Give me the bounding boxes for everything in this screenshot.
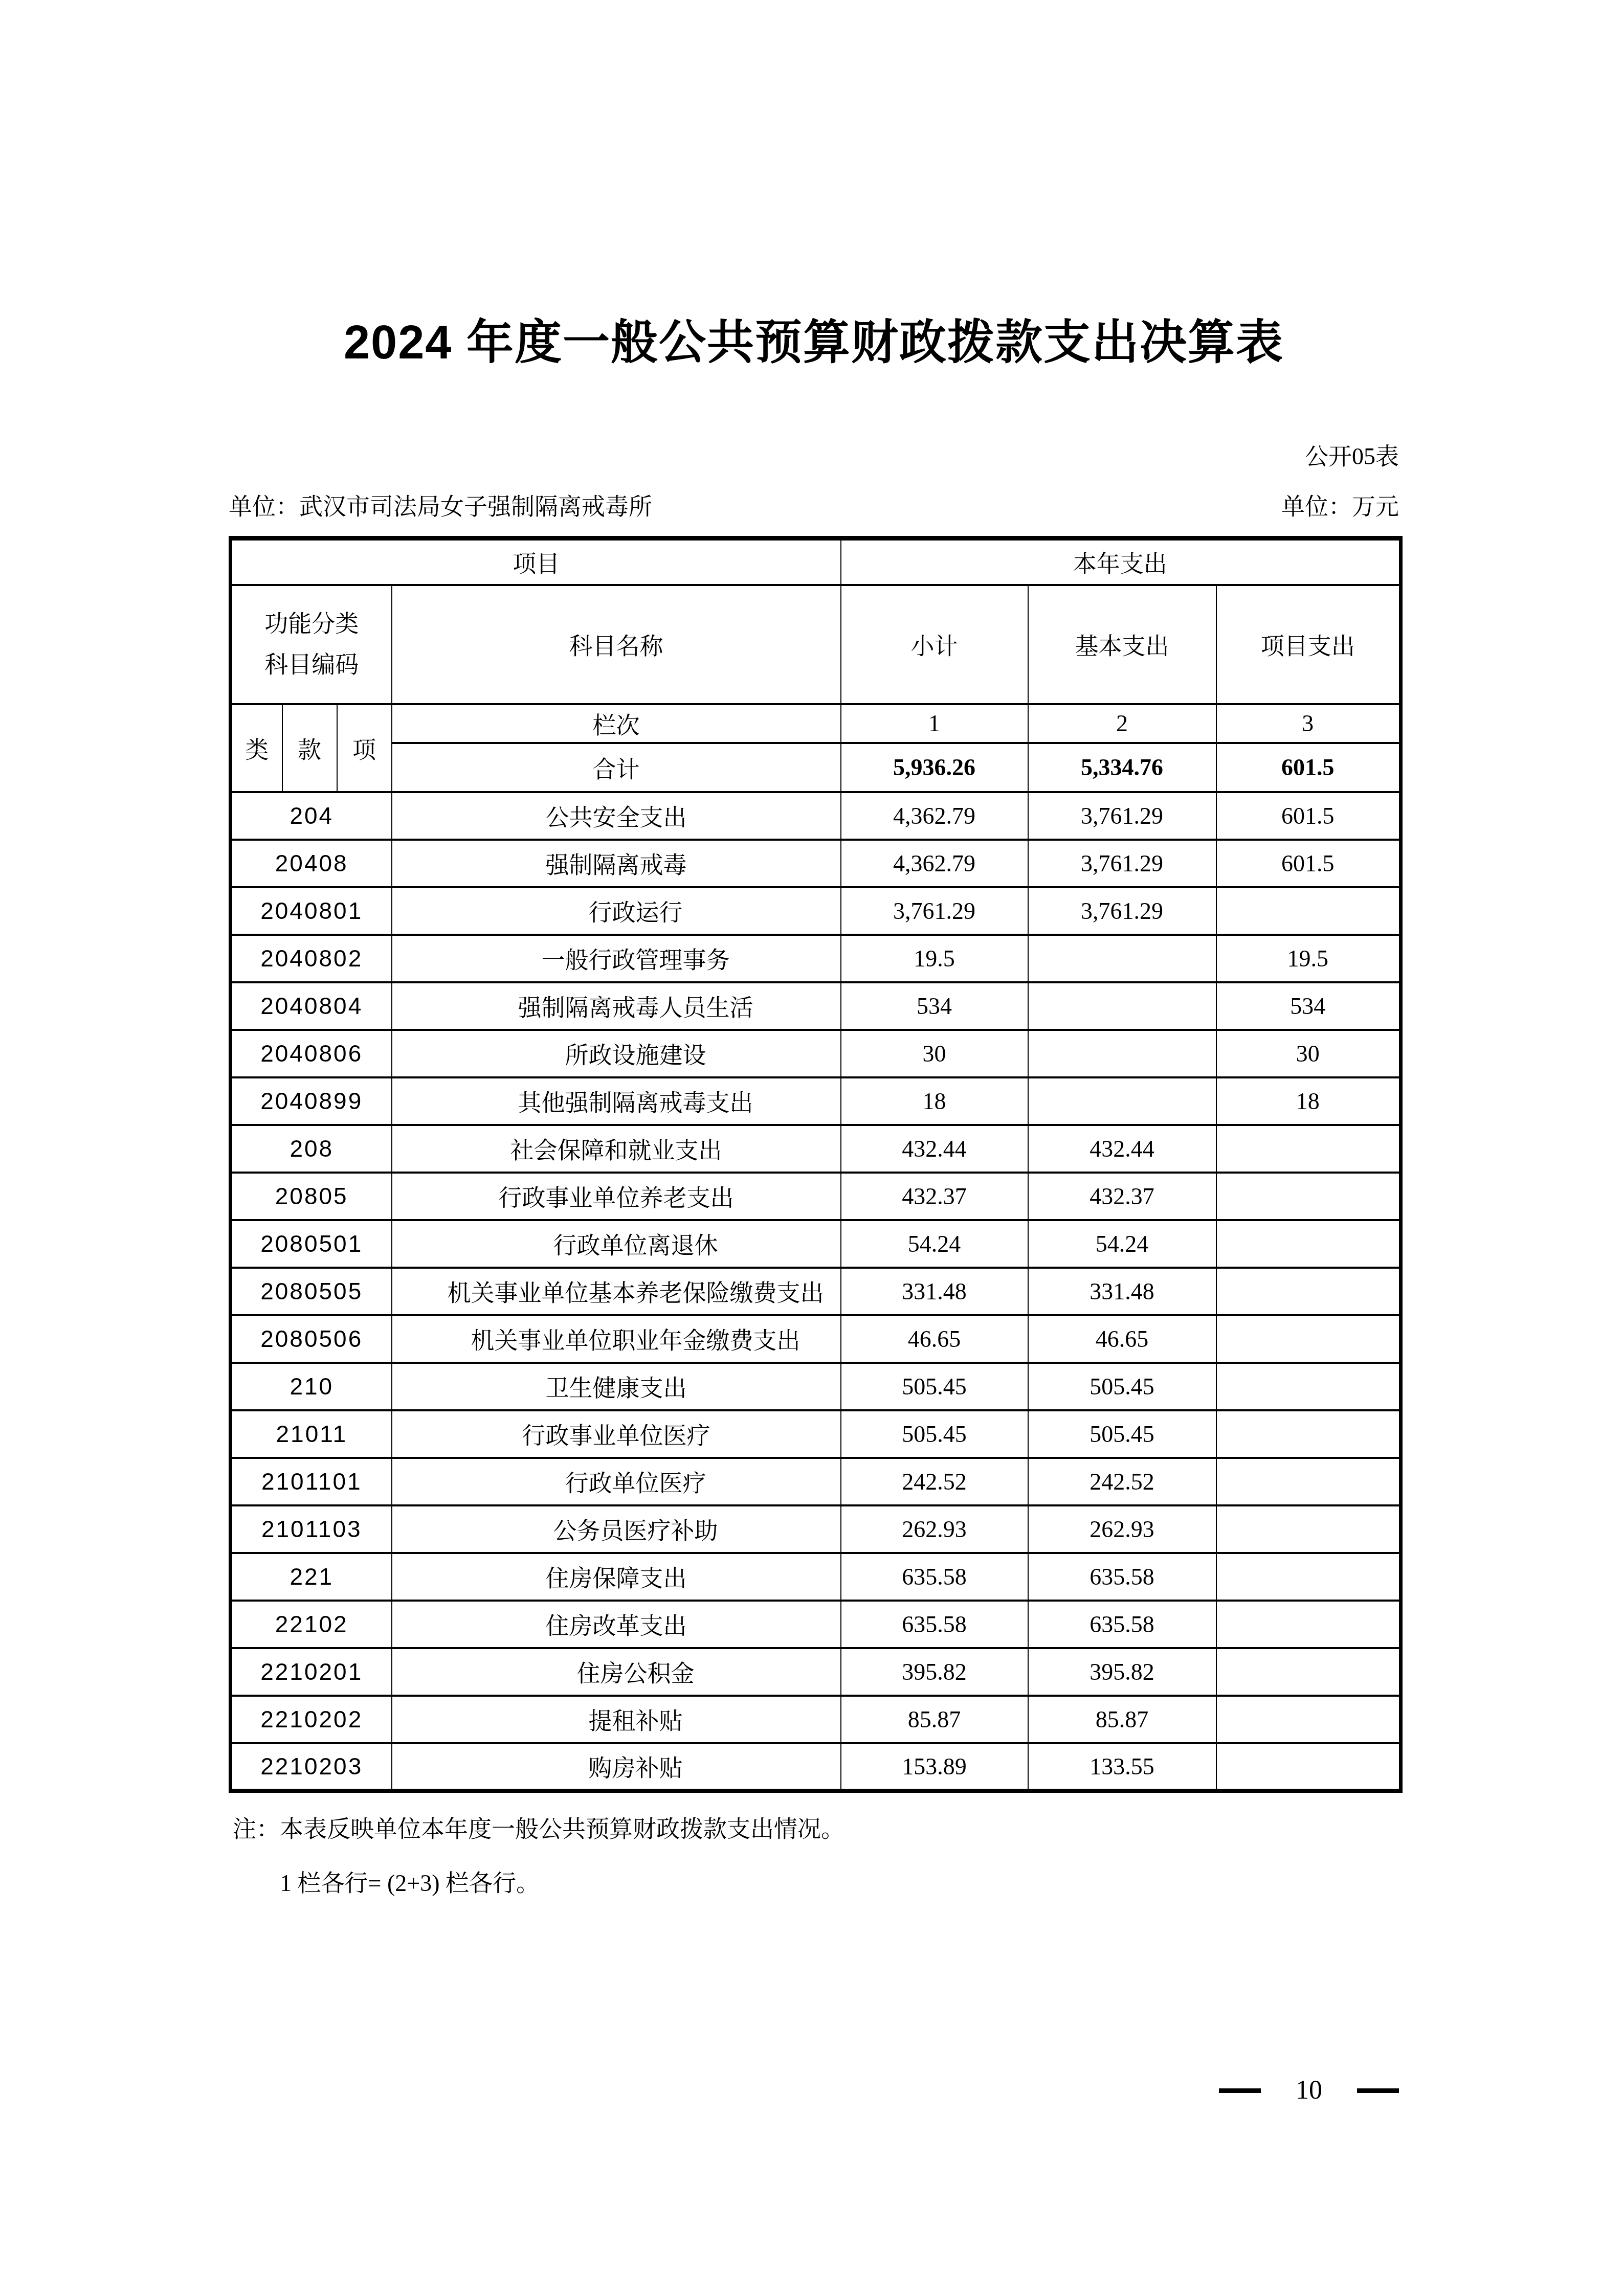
- document-page: 2024 年度一般公共预算财政拨款支出决算表 公开05表 单位：武汉市司法局女子…: [0, 0, 1623, 2296]
- header-section: 款: [282, 704, 337, 792]
- row-subject-name: 机关事业单位职业年金缴费支出: [392, 1315, 841, 1363]
- row-project-expense: [1216, 1363, 1401, 1410]
- row-basic-expense: 635.58: [1028, 1553, 1216, 1601]
- header-row-project: 项目 本年支出: [231, 538, 1401, 585]
- row-subject-name: 行政运行: [392, 887, 841, 935]
- row-code: 2101103: [231, 1505, 392, 1553]
- row-subject-name: 购房补贴: [392, 1743, 841, 1791]
- row-basic-expense: 54.24: [1028, 1220, 1216, 1268]
- row-subject-name: 社会保障和就业支出: [392, 1125, 841, 1173]
- header-subject-name: 科目名称: [392, 585, 841, 704]
- row-code: 22102: [231, 1601, 392, 1648]
- header-project: 项目: [231, 538, 841, 585]
- table-row: 2080501行政单位离退休54.2454.24: [231, 1220, 1401, 1268]
- row-subtotal: 19.5: [841, 935, 1028, 982]
- row-subject-name: 行政单位医疗: [392, 1458, 841, 1505]
- row-subject-name: 机关事业单位基本养老保险缴费支出: [392, 1268, 841, 1315]
- row-project-expense: [1216, 1648, 1401, 1696]
- row-subject-name: 强制隔离戒毒: [392, 840, 841, 887]
- page-title: 2024 年度一般公共预算财政拨款支出决算表: [229, 318, 1399, 368]
- row-code: 2040806: [231, 1030, 392, 1077]
- unit-row: 单位：武汉市司法局女子强制隔离戒毒所 单位：万元: [229, 488, 1399, 522]
- table-row: 208社会保障和就业支出432.44432.44: [231, 1125, 1401, 1173]
- row-code: 2210202: [231, 1696, 392, 1743]
- row-subject-name: 住房公积金: [392, 1648, 841, 1696]
- row-subtotal: 4,362.79: [841, 840, 1028, 887]
- row-basic-expense: 635.58: [1028, 1601, 1216, 1648]
- row-subtotal: 505.45: [841, 1410, 1028, 1458]
- row-basic-expense: 85.87: [1028, 1696, 1216, 1743]
- page-footer: 10: [1219, 2077, 1399, 2104]
- row-subtotal: 331.48: [841, 1268, 1028, 1315]
- table-row: 20408强制隔离戒毒4,362.793,761.29601.5: [231, 840, 1401, 887]
- row-subtotal: 18: [841, 1077, 1028, 1125]
- row-code: 2040802: [231, 935, 392, 982]
- table-row: 2040802一般行政管理事务19.519.5: [231, 935, 1401, 982]
- row-basic-expense: 133.55: [1028, 1743, 1216, 1791]
- row-subtotal: 153.89: [841, 1743, 1028, 1791]
- row-subtotal: 505.45: [841, 1363, 1028, 1410]
- table-row: 21011行政事业单位医疗505.45505.45: [231, 1410, 1401, 1458]
- header-basic-expense: 基本支出: [1028, 585, 1216, 704]
- total-subtotal: 5,936.26: [841, 743, 1028, 792]
- row-code: 221: [231, 1553, 392, 1601]
- row-basic-expense: 432.37: [1028, 1173, 1216, 1220]
- row-basic-expense: 505.45: [1028, 1363, 1216, 1410]
- table-row: 2080505机关事业单位基本养老保险缴费支出331.48331.48: [231, 1268, 1401, 1315]
- table-row: 2210203购房补贴153.89133.55: [231, 1743, 1401, 1791]
- row-subtotal: 635.58: [841, 1553, 1028, 1601]
- row-subtotal: 54.24: [841, 1220, 1028, 1268]
- header-function-code-line1: 功能分类: [264, 611, 359, 637]
- row-basic-expense: 395.82: [1028, 1648, 1216, 1696]
- row-project-expense: [1216, 1505, 1401, 1553]
- row-subtotal: 242.52: [841, 1458, 1028, 1505]
- row-project-expense: 534: [1216, 982, 1401, 1030]
- row-code: 2080501: [231, 1220, 392, 1268]
- row-subject-name: 所政设施建设: [392, 1030, 841, 1077]
- table-row: 221住房保障支出635.58635.58: [231, 1553, 1401, 1601]
- row-code: 2210201: [231, 1648, 392, 1696]
- row-subject-name: 行政单位离退休: [392, 1220, 841, 1268]
- row-code: 2080506: [231, 1315, 392, 1363]
- row-project-expense: 18: [1216, 1077, 1401, 1125]
- row-subject-name: 公务员医疗补助: [392, 1505, 841, 1553]
- table-row: 210卫生健康支出505.45505.45: [231, 1363, 1401, 1410]
- row-project-expense: 19.5: [1216, 935, 1401, 982]
- table-row: 2040806所政设施建设3030: [231, 1030, 1401, 1077]
- row-project-expense: [1216, 1125, 1401, 1173]
- row-basic-expense: 3,761.29: [1028, 840, 1216, 887]
- org-unit-label: 单位：武汉市司法局女子强制隔离戒毒所: [229, 488, 652, 522]
- row-subtotal: 432.37: [841, 1173, 1028, 1220]
- page-number: 10: [1296, 2077, 1322, 2104]
- row-project-expense: 30: [1216, 1030, 1401, 1077]
- row-code: 2210203: [231, 1743, 392, 1791]
- row-project-expense: [1216, 1696, 1401, 1743]
- row-subject-name: 其他强制隔离戒毒支出: [392, 1077, 841, 1125]
- header-year-expense: 本年支出: [841, 538, 1401, 585]
- row-basic-expense: 3,761.29: [1028, 792, 1216, 840]
- row-project-expense: [1216, 1315, 1401, 1363]
- row-code: 21011: [231, 1410, 392, 1458]
- row-project-expense: [1216, 887, 1401, 935]
- table-row: 2210202提租补贴85.8785.87: [231, 1696, 1401, 1743]
- header-row-columns: 类 款 项 栏次 1 2 3: [231, 704, 1401, 743]
- row-basic-expense: [1028, 1030, 1216, 1077]
- total-project-expense: 601.5: [1216, 743, 1401, 792]
- table-row: 2210201住房公积金395.82395.82: [231, 1648, 1401, 1696]
- row-project-expense: 601.5: [1216, 840, 1401, 887]
- row-subject-name: 行政事业单位医疗: [392, 1410, 841, 1458]
- row-subject-name: 提租补贴: [392, 1696, 841, 1743]
- header-function-code: 功能分类 科目编码: [231, 585, 392, 704]
- row-project-expense: [1216, 1601, 1401, 1648]
- header-col-3: 3: [1216, 704, 1401, 743]
- table-row: 2080506机关事业单位职业年金缴费支出46.6546.65: [231, 1315, 1401, 1363]
- currency-unit-label: 单位：万元: [1281, 488, 1399, 522]
- row-subject-name: 公共安全支出: [392, 792, 841, 840]
- row-subtotal: 85.87: [841, 1696, 1028, 1743]
- row-basic-expense: 331.48: [1028, 1268, 1216, 1315]
- row-code: 2080505: [231, 1268, 392, 1315]
- row-subtotal: 534: [841, 982, 1028, 1030]
- note-line-2: 1 栏各行= (2+3) 栏各行。: [280, 1864, 540, 1898]
- header-subtotal: 小计: [841, 585, 1028, 704]
- row-code: 210: [231, 1363, 392, 1410]
- table-row: 2040899其他强制隔离戒毒支出1818: [231, 1077, 1401, 1125]
- header-function-code-line2: 科目编码: [264, 651, 359, 678]
- row-project-expense: [1216, 1743, 1401, 1791]
- row-subtotal: 395.82: [841, 1648, 1028, 1696]
- budget-table: 项目 本年支出 功能分类 科目编码 科目名称 小计 基本支出 项目支出 类 款 …: [229, 536, 1403, 1793]
- row-code: 20805: [231, 1173, 392, 1220]
- row-subject-name: 一般行政管理事务: [392, 935, 841, 982]
- row-subtotal: 635.58: [841, 1601, 1028, 1648]
- row-basic-expense: 46.65: [1028, 1315, 1216, 1363]
- row-subject-name: 行政事业单位养老支出: [392, 1173, 841, 1220]
- row-subtotal: 262.93: [841, 1505, 1028, 1553]
- row-project-expense: 601.5: [1216, 792, 1401, 840]
- header-column-label: 栏次: [392, 704, 841, 743]
- table-row: 2101101行政单位医疗242.52242.52: [231, 1458, 1401, 1505]
- table-body: 项目 本年支出 功能分类 科目编码 科目名称 小计 基本支出 项目支出 类 款 …: [231, 538, 1401, 1791]
- footer-dash-right: [1357, 2088, 1399, 2093]
- row-code: 2040804: [231, 982, 392, 1030]
- row-code: 208: [231, 1125, 392, 1173]
- row-project-expense: [1216, 1410, 1401, 1458]
- row-subtotal: 46.65: [841, 1315, 1028, 1363]
- total-label: 合计: [392, 743, 841, 792]
- table-row: 22102住房改革支出635.58635.58: [231, 1601, 1401, 1648]
- row-subject-name: 住房保障支出: [392, 1553, 841, 1601]
- row-code: 204: [231, 792, 392, 840]
- total-row: 合计 5,936.26 5,334.76 601.5: [231, 743, 1401, 792]
- table-row: 20805行政事业单位养老支出432.37432.37: [231, 1173, 1401, 1220]
- row-project-expense: [1216, 1268, 1401, 1315]
- header-col-2: 2: [1028, 704, 1216, 743]
- row-code: 2040801: [231, 887, 392, 935]
- row-basic-expense: [1028, 1077, 1216, 1125]
- row-code: 20408: [231, 840, 392, 887]
- row-basic-expense: 262.93: [1028, 1505, 1216, 1553]
- row-project-expense: [1216, 1553, 1401, 1601]
- row-code: 2040899: [231, 1077, 392, 1125]
- note-line-1: 注：本表反映单位本年度一般公共预算财政拨款支出情况。: [233, 1810, 844, 1844]
- row-subject-name: 住房改革支出: [392, 1601, 841, 1648]
- row-project-expense: [1216, 1220, 1401, 1268]
- row-basic-expense: 505.45: [1028, 1410, 1216, 1458]
- table-row: 2040804强制隔离戒毒人员生活534534: [231, 982, 1401, 1030]
- table-row: 2040801行政运行3,761.293,761.29: [231, 887, 1401, 935]
- header-item: 项: [337, 704, 392, 792]
- table-row: 2101103公务员医疗补助262.93262.93: [231, 1505, 1401, 1553]
- row-subtotal: 30: [841, 1030, 1028, 1077]
- table-code-label: 公开05表: [1305, 438, 1399, 471]
- row-basic-expense: 242.52: [1028, 1458, 1216, 1505]
- header-col-1: 1: [841, 704, 1028, 743]
- row-basic-expense: 3,761.29: [1028, 887, 1216, 935]
- row-code: 2101101: [231, 1458, 392, 1505]
- header-project-expense: 项目支出: [1216, 585, 1401, 704]
- header-class: 类: [231, 704, 282, 792]
- row-subject-name: 强制隔离戒毒人员生活: [392, 982, 841, 1030]
- total-basic-expense: 5,334.76: [1028, 743, 1216, 792]
- row-subtotal: 432.44: [841, 1125, 1028, 1173]
- header-row-labels: 功能分类 科目编码 科目名称 小计 基本支出 项目支出: [231, 585, 1401, 704]
- row-basic-expense: [1028, 935, 1216, 982]
- row-subtotal: 4,362.79: [841, 792, 1028, 840]
- row-subtotal: 3,761.29: [841, 887, 1028, 935]
- table-row: 204公共安全支出4,362.793,761.29601.5: [231, 792, 1401, 840]
- row-subject-name: 卫生健康支出: [392, 1363, 841, 1410]
- row-basic-expense: [1028, 982, 1216, 1030]
- row-project-expense: [1216, 1173, 1401, 1220]
- footer-dash-left: [1219, 2088, 1261, 2093]
- row-project-expense: [1216, 1458, 1401, 1505]
- row-basic-expense: 432.44: [1028, 1125, 1216, 1173]
